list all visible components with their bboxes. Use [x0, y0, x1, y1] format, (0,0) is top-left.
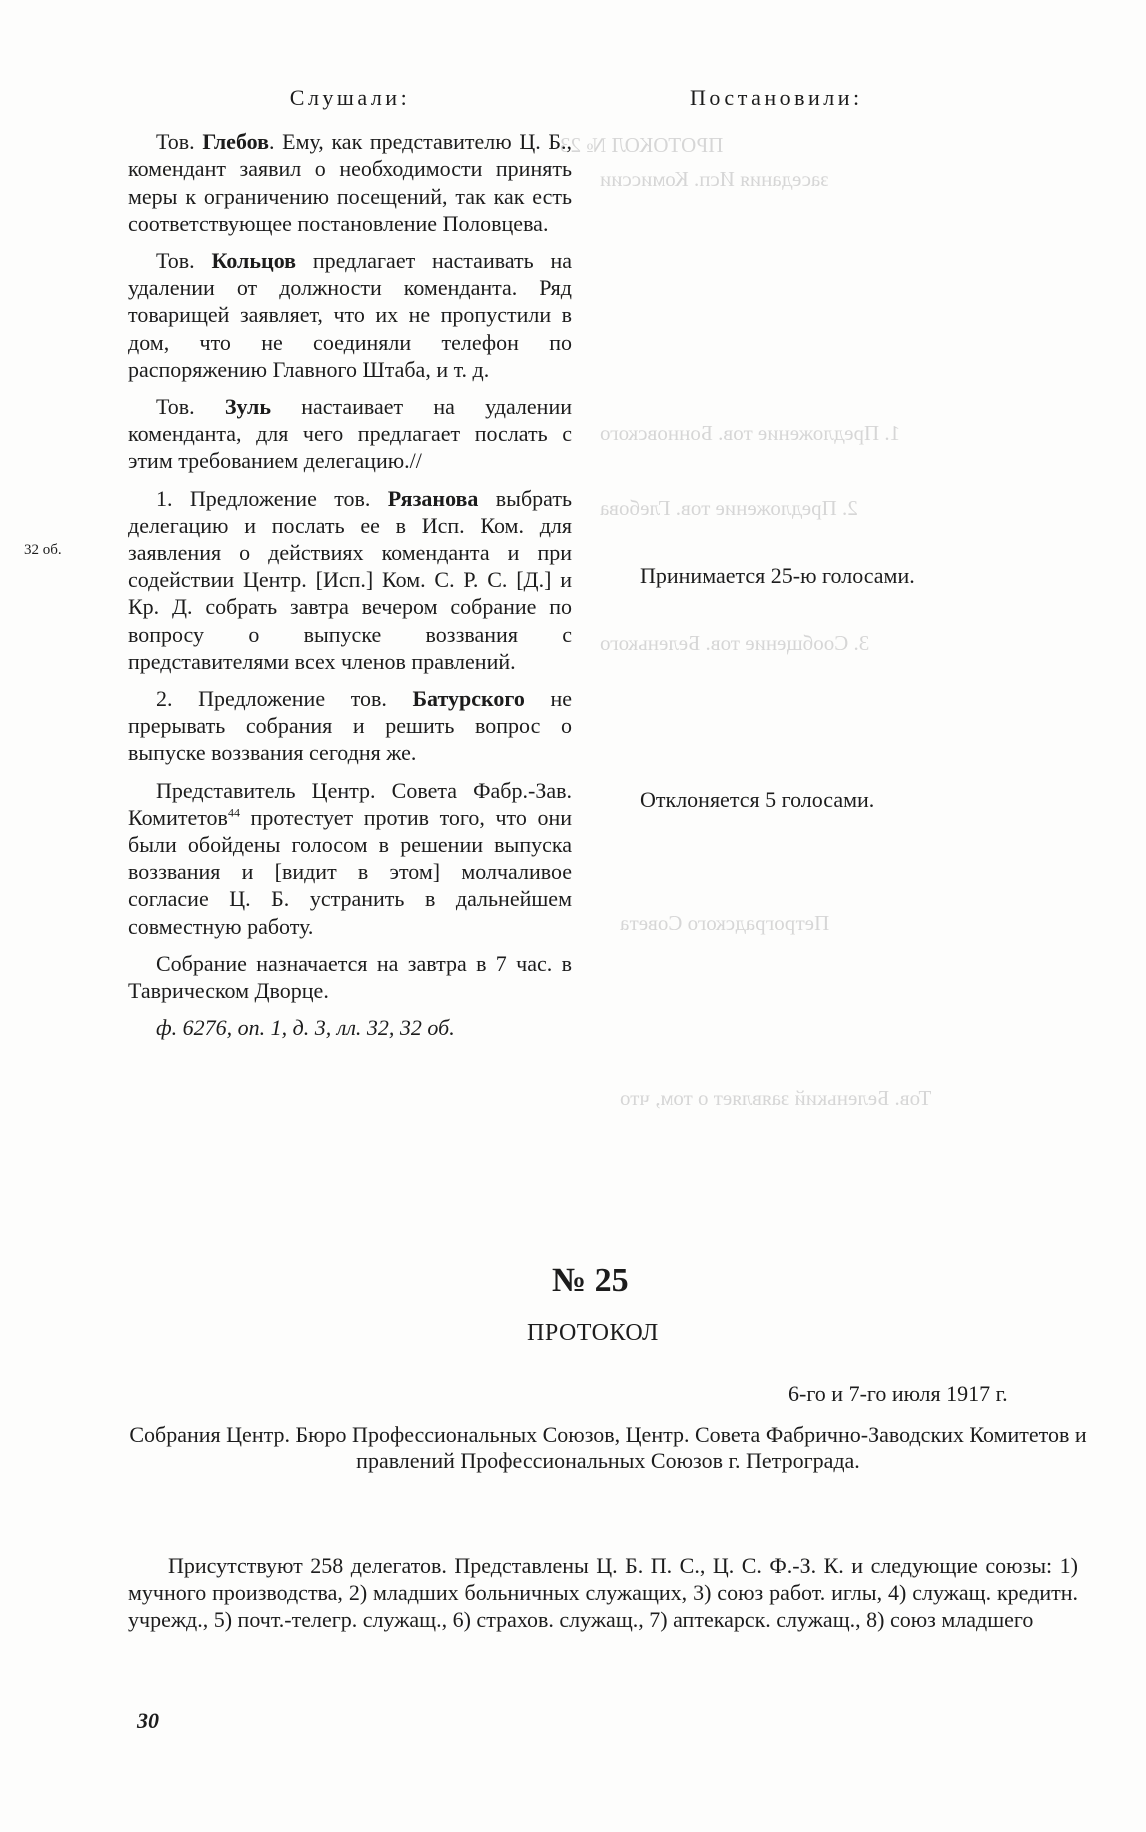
paragraph-prefix: 1. Предложение тов. [156, 486, 388, 511]
bleed-through-text: 1. Предложение тов. Бонновского [600, 420, 900, 447]
speaker-name: Кольцов [211, 248, 296, 273]
document-organization: Собрания Центр. Бюро Профессиональных Со… [128, 1422, 1088, 1474]
bleed-through-text: 2. Предложение тов. Глебова [600, 495, 858, 522]
speaker-name: Рязанова [388, 486, 479, 511]
bleed-through-text: 3. Сообщение тов. Беленького [600, 630, 869, 657]
paragraph-glebov: Тов. Глебов. Ему, как представителю Ц. Б… [128, 128, 572, 237]
page-number: 30 [137, 1708, 159, 1734]
footnote-marker[interactable]: 44 [228, 806, 240, 820]
paragraph-text: выбрать делегацию и послать ее в Исп. Ко… [128, 486, 572, 674]
paragraph-prefix: Тов. [156, 248, 211, 273]
resolved-heading: Постановили: [628, 84, 1008, 111]
resolution-rejected: Отклоняется 5 голосами. [640, 787, 874, 813]
heard-column: Слушали: Тов. Глебов. Ему, как представи… [128, 84, 572, 1052]
paragraph-prefix: 2. Предложение тов. [156, 686, 413, 711]
bleed-through-text: заседания Исп. Комиссии [600, 166, 829, 193]
paragraph-prefix: Тов. [156, 394, 225, 419]
resolution-accepted: Принимается 25-ю голосами. [640, 563, 915, 589]
paragraph-meeting-scheduled: Собрание назначается на завтра в 7 час. … [128, 950, 572, 1004]
paragraph-factory-council-protest: Представитель Центр. Совета Фабр.-Зав. К… [128, 777, 572, 940]
paragraph-text: Собрание назначается на завтра в 7 час. … [128, 951, 572, 1003]
bleed-through-text: Тов. Беленький заявляет о том, что [620, 1085, 931, 1112]
archive-reference: ф. 6276, оп. 1, д. 3, лл. 32, 32 об. [128, 1014, 572, 1041]
bleed-through-text: Петроградского Совета [620, 910, 829, 937]
paragraph-zul: Тов. Зуль настаивает на удалении коменда… [128, 393, 572, 475]
document-number: № 25 [552, 1262, 629, 1300]
document-type-title: ПРОТОКОЛ [527, 1320, 659, 1347]
bleed-through-text: ПРОТОКОЛ № 23 [560, 132, 723, 159]
paragraph-prefix: Тов. [156, 129, 202, 154]
paragraph-koltsov: Тов. Кольцов предлагает настаивать на уд… [128, 247, 572, 383]
document-body-text: Присутствуют 258 делегатов. Представлены… [128, 1552, 1078, 1633]
document-date: 6-го и 7-го июля 1917 г. [788, 1381, 1008, 1407]
margin-folio-note: 32 об. [24, 542, 62, 559]
heard-heading: Слушали: [128, 84, 572, 111]
proposal-ryazanov: 1. Предложение тов. Рязанова выбрать дел… [128, 485, 572, 675]
proposal-baturskiy: 2. Предложение тов. Батурского не прерыв… [128, 685, 572, 767]
speaker-name: Глебов [202, 129, 269, 154]
speaker-name: Зуль [225, 394, 271, 419]
resolved-column: Постановили: [628, 84, 1008, 128]
document-page: ПРОТОКОЛ № 23 заседания Исп. Комиссии 1.… [0, 0, 1146, 1832]
speaker-name: Батурского [413, 686, 525, 711]
